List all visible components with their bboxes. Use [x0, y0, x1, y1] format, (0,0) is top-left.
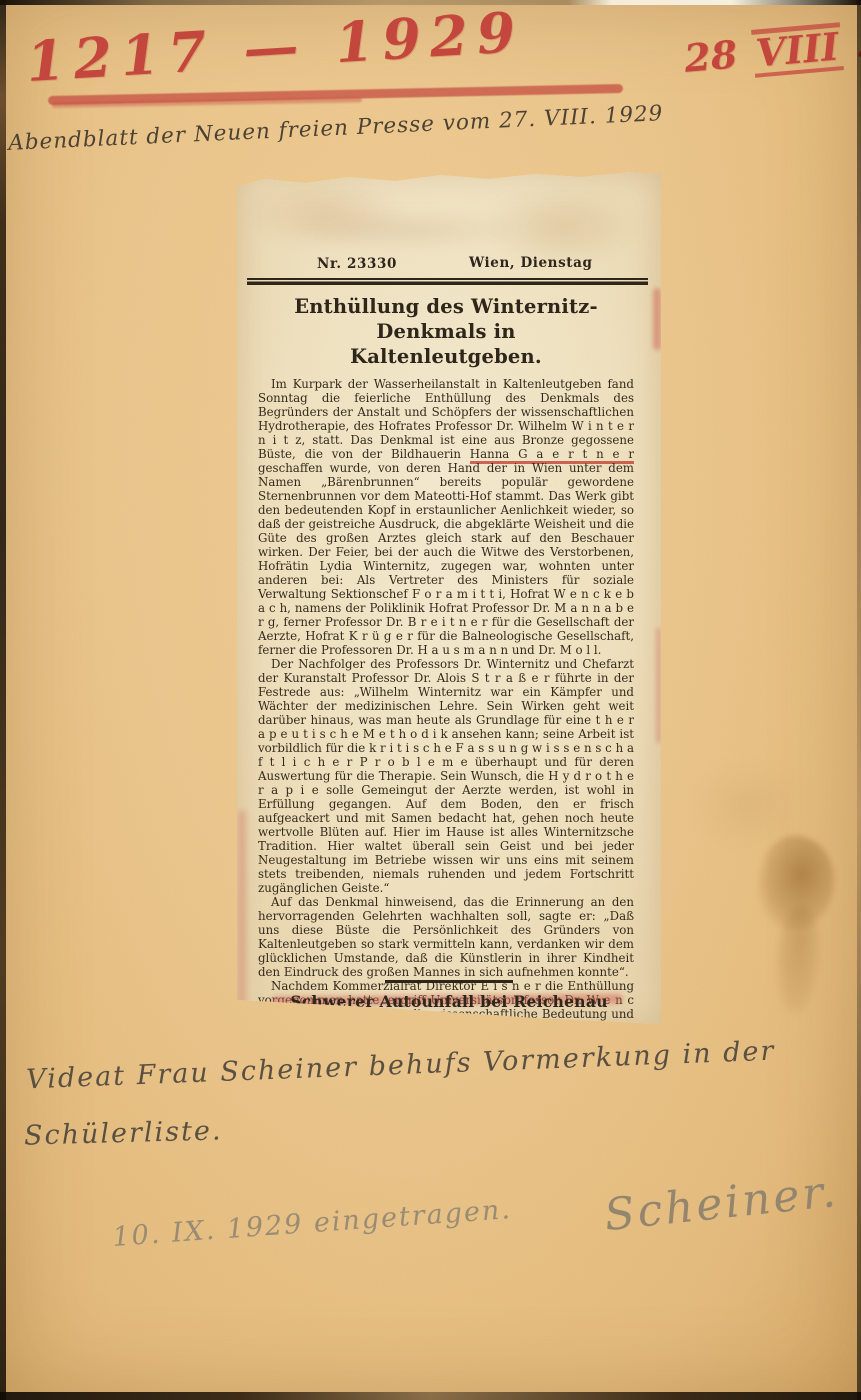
red-pencil-smear — [656, 628, 661, 743]
headline-line-1: Enthüllung des Winternitz-Denkmals in — [294, 295, 598, 343]
issue-number: Nr. 23330 — [317, 256, 397, 272]
glue-stain — [297, 210, 517, 250]
scan-edge-right — [857, 0, 861, 1400]
archival-scan-page: { "archive": { "number_label": "1217 — 1… — [0, 0, 861, 1400]
date-stamp-day: 28 — [682, 31, 739, 80]
scan-edge-left — [0, 0, 6, 1400]
glue-stain — [245, 178, 405, 250]
article-headline: Enthüllung des Winternitz-Denkmals in Ka… — [258, 294, 634, 369]
red-pencil-smear — [238, 810, 246, 1005]
paragraph-1-continued: geschaffen wurde, von deren Hand der in … — [258, 461, 634, 657]
article-body: Enthüllung des Winternitz-Denkmals in Ka… — [258, 290, 634, 1091]
videat-annotation-line-2: Schülerliste. — [24, 1115, 223, 1151]
faint-stain — [690, 760, 810, 850]
article-paragraph-2: Der Nachfolger des Professors Dr. Winter… — [258, 657, 634, 895]
header-rule — [247, 278, 648, 285]
dateline: Wien, Dienstag — [469, 255, 593, 271]
date-stamp-month: VIII — [751, 22, 844, 78]
headline-line-2: Kaltenleutgeben. — [350, 345, 542, 368]
section-divider-rule — [385, 980, 513, 983]
article-paragraph-1: Im Kurpark der Wasserheilanstalt in Kalt… — [258, 377, 634, 657]
article-paragraph-3: Auf das Denkmal hinweisend, das die Erin… — [258, 895, 634, 979]
newspaper-clipping: Nr. 23330 Wien, Dienstag Enthüllung des … — [237, 170, 661, 1026]
red-pencil-smear — [653, 288, 661, 350]
scan-edge-bottom — [0, 1392, 861, 1400]
scan-edge-top — [0, 0, 861, 5]
